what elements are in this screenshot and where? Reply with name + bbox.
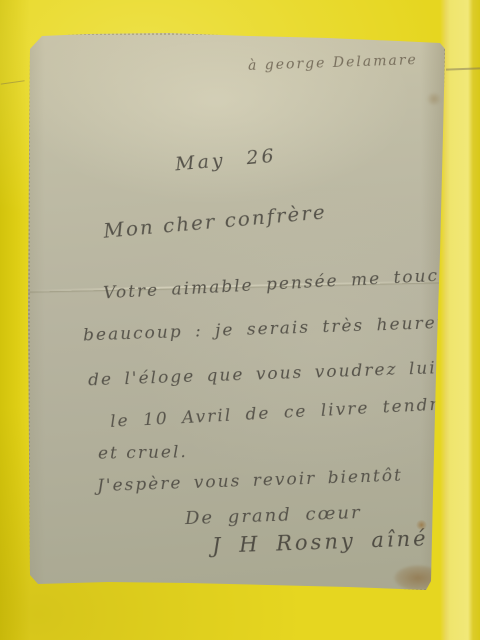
annotation-recipient: à george Delamare	[248, 52, 418, 74]
closing-line: De grand cœur	[185, 502, 362, 529]
stain	[394, 565, 442, 591]
letter-card: à george Delamare May 26 Mon cher confrè…	[28, 33, 446, 591]
body-line: Votre aimable pensée me touche	[103, 265, 465, 304]
body-line: de l'éloge que vous voudrez lui prêter	[88, 356, 480, 391]
stain	[426, 93, 442, 105]
body-line: beaucoup : je serais très heureux	[83, 312, 462, 345]
signature: J H Rosny aîné	[212, 526, 429, 558]
date-line: May 26	[174, 145, 277, 176]
stain	[416, 520, 427, 530]
body-line: le 10 Avril de ce livre tendre	[110, 394, 452, 432]
body-line: et cruel.	[98, 442, 188, 464]
pencil-mark-right	[446, 67, 480, 70]
photo-background: à george Delamare May 26 Mon cher confrè…	[0, 0, 480, 640]
body-line: J'espère vous revoir bientôt	[97, 466, 403, 497]
pencil-mark-left	[0, 70, 25, 84]
salutation: Mon cher confrère	[102, 199, 327, 242]
